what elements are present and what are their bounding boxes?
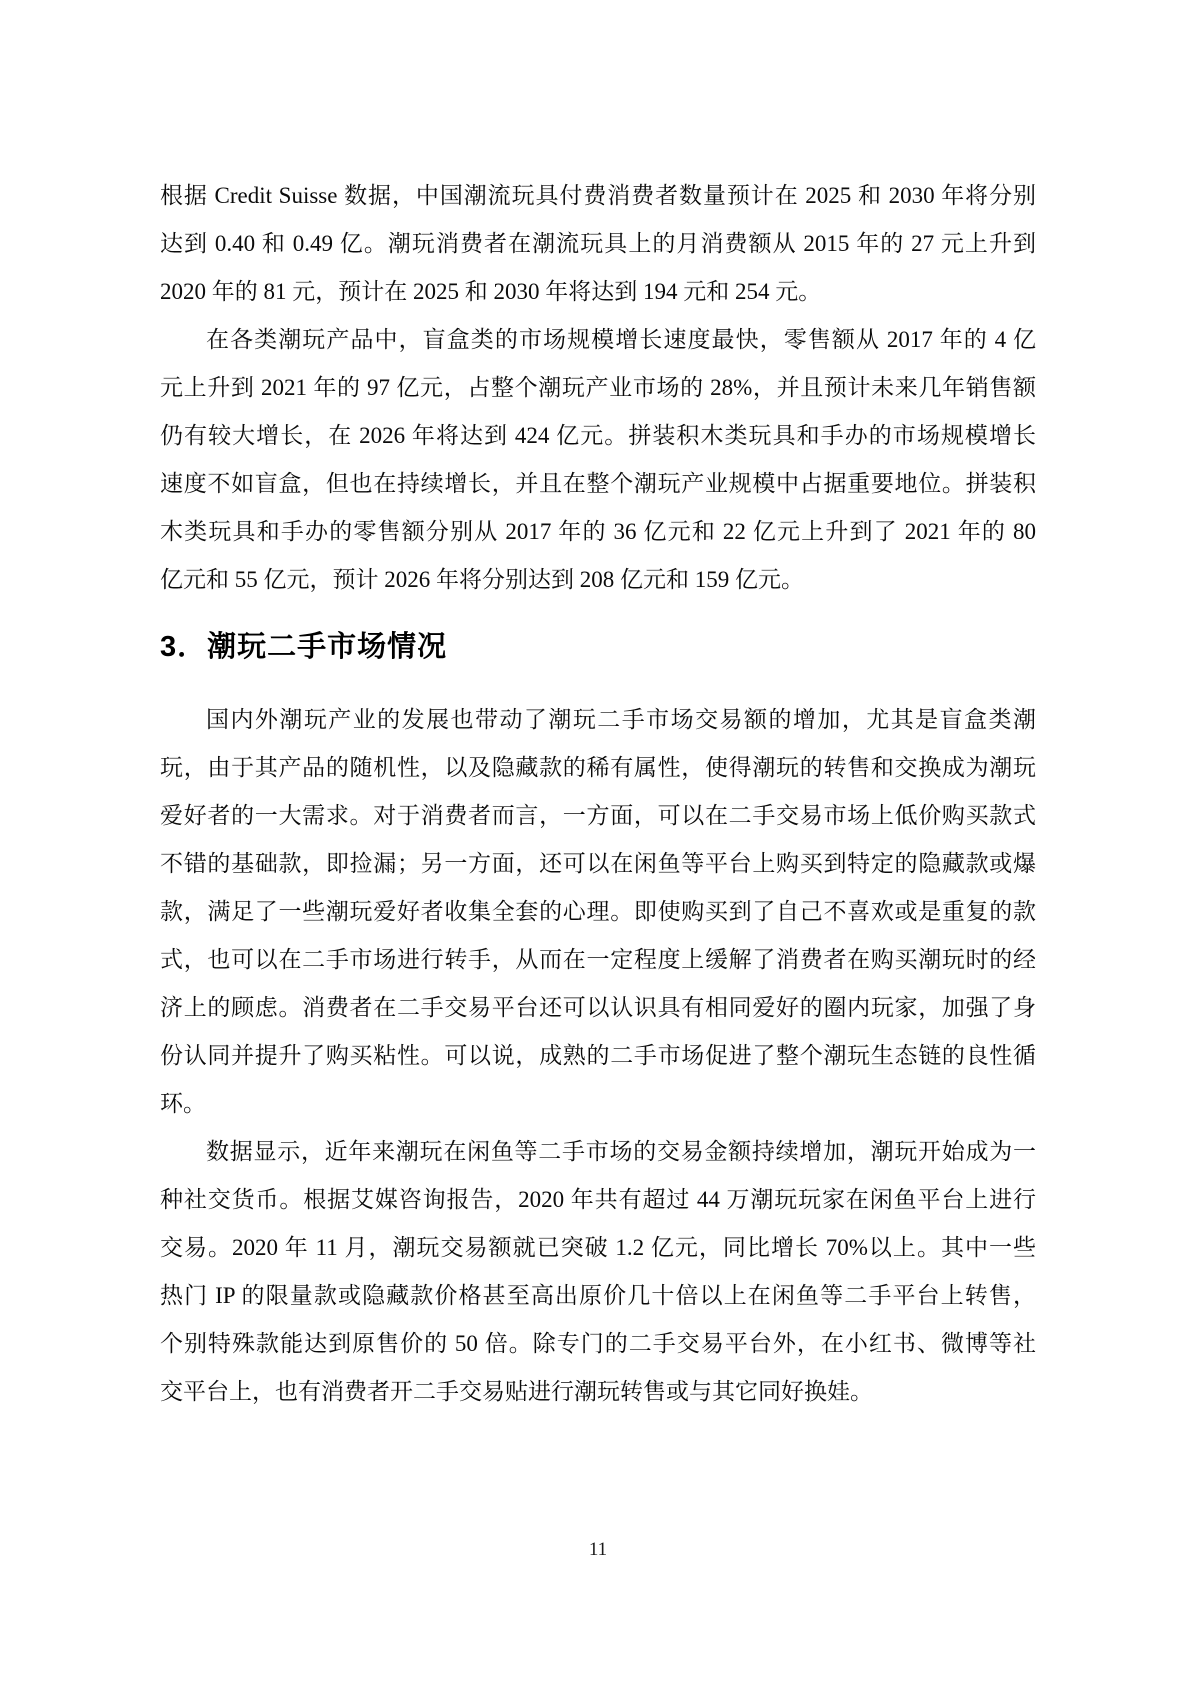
text-line: 不错的基础款，即捡漏；另一方面，还可以在闲鱼等平台上购买到特定的隐藏款或爆	[160, 840, 1036, 888]
text-line: 2020 年的 81 元，预计在 2025 和 2030 年将达到 194 元和…	[160, 268, 1036, 316]
body-paragraph: 国内外潮玩产业的发展也带动了潮玩二手市场交易额的增加，尤其是盲盒类潮玩，由于其产…	[160, 696, 1036, 1128]
text-line: 款，满足了一些潮玩爱好者收集全套的心理。即使购买到了自己不喜欢或是重复的款	[160, 888, 1036, 936]
body-paragraph: 在各类潮玩产品中，盲盒类的市场规模增长速度最快，零售额从 2017 年的 4 亿…	[160, 316, 1036, 604]
text-line: 数据显示，近年来潮玩在闲鱼等二手市场的交易金额持续增加，潮玩开始成为一	[160, 1128, 1036, 1176]
text-line: 元上升到 2021 年的 97 亿元，占整个潮玩产业市场的 28%，并且预计未来…	[160, 364, 1036, 412]
document-page: 根据 Credit Suisse 数据，中国潮流玩具付费消费者数量预计在 202…	[0, 0, 1190, 1683]
page-number: 11	[160, 1538, 1036, 1562]
text-line: 环。	[160, 1080, 1036, 1128]
text-line: 达到 0.40 和 0.49 亿。潮玩消费者在潮流玩具上的月消费额从 2015 …	[160, 220, 1036, 268]
text-line: 速度不如盲盒，但也在持续增长，并且在整个潮玩产业规模中占据重要地位。拼装积	[160, 460, 1036, 508]
text-line: 在各类潮玩产品中，盲盒类的市场规模增长速度最快，零售额从 2017 年的 4 亿	[160, 316, 1036, 364]
body-paragraph: 数据显示，近年来潮玩在闲鱼等二手市场的交易金额持续增加，潮玩开始成为一种社交货币…	[160, 1128, 1036, 1416]
text-line: 交平台上，也有消费者开二手交易贴进行潮玩转售或与其它同好换娃。	[160, 1368, 1036, 1416]
text-line: 式，也可以在二手市场进行转手，从而在一定程度上缓解了消费者在购买潮玩时的经	[160, 936, 1036, 984]
text-line: 木类玩具和手办的零售额分别从 2017 年的 36 亿元和 22 亿元上升到了 …	[160, 508, 1036, 556]
text-line: 份认同并提升了购买粘性。可以说，成熟的二手市场促进了整个潮玩生态链的良性循	[160, 1032, 1036, 1080]
text-line: 种社交货币。根据艾媒咨询报告，2020 年共有超过 44 万潮玩玩家在闲鱼平台上…	[160, 1176, 1036, 1224]
text-line: 仍有较大增长，在 2026 年将达到 424 亿元。拼装积木类玩具和手办的市场规…	[160, 412, 1036, 460]
text-line: 交易。2020 年 11 月，潮玩交易额就已突破 1.2 亿元，同比增长 70%…	[160, 1224, 1036, 1272]
section-heading: 3．潮玩二手市场情况	[160, 624, 1036, 670]
text-line: 玩，由于其产品的随机性，以及隐藏款的稀有属性，使得潮玩的转售和交换成为潮玩	[160, 744, 1036, 792]
text-line: 国内外潮玩产业的发展也带动了潮玩二手市场交易额的增加，尤其是盲盒类潮	[160, 696, 1036, 744]
text-line: 个别特殊款能达到原售价的 50 倍。除专门的二手交易平台外，在小红书、微博等社	[160, 1320, 1036, 1368]
body-paragraph: 根据 Credit Suisse 数据，中国潮流玩具付费消费者数量预计在 202…	[160, 172, 1036, 316]
document-body: 根据 Credit Suisse 数据，中国潮流玩具付费消费者数量预计在 202…	[160, 172, 1036, 1416]
text-line: 亿元和 55 亿元，预计 2026 年将分别达到 208 亿元和 159 亿元。	[160, 556, 1036, 604]
text-line: 根据 Credit Suisse 数据，中国潮流玩具付费消费者数量预计在 202…	[160, 172, 1036, 220]
text-line: 热门 IP 的限量款或隐藏款价格甚至高出原价几十倍以上在闲鱼等二手平台上转售，	[160, 1272, 1036, 1320]
text-line: 爱好者的一大需求。对于消费者而言，一方面，可以在二手交易市场上低价购买款式	[160, 792, 1036, 840]
text-line: 济上的顾虑。消费者在二手交易平台还可以认识具有相同爱好的圈内玩家，加强了身	[160, 984, 1036, 1032]
